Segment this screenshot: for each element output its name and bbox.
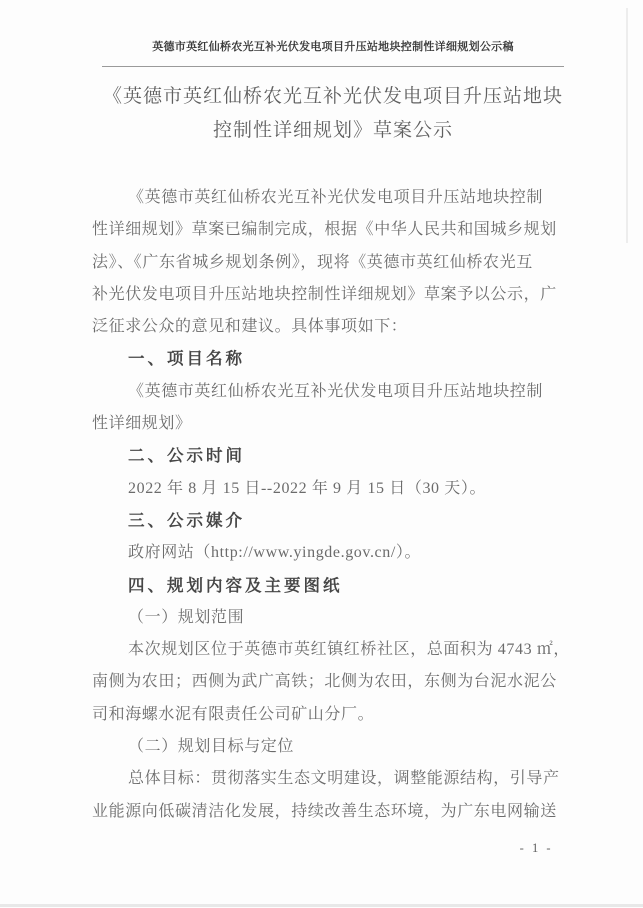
- body-line: 南侧为农田；西侧为武广高铁；北侧为农田，东侧为台泥水泥公: [92, 666, 578, 698]
- page-number: - 1 -: [520, 840, 553, 856]
- document-page: 英德市英红仙桥农光互补光伏发电项目升压站地块控制性详细规划公示稿 《英德市英红仙…: [0, 0, 643, 908]
- running-header-title: 英德市英红仙桥农光互补光伏发电项目升压站地块控制性详细规划公示稿: [92, 40, 574, 54]
- body-line: 《英德市英红仙桥农光互补光伏发电项目升压站地块控制: [92, 376, 578, 408]
- document-body: 《英德市英红仙桥农光互补光伏发电项目升压站地块控制性详细规划》草案已编制完成，根…: [92, 182, 578, 828]
- body-line: 政府网站（http://www.yingde.gov.cn/）。: [92, 537, 578, 569]
- document-title-line1: 《英德市英红仙桥农光互补光伏发电项目升压站地块: [92, 80, 574, 114]
- body-line: （一）规划范围: [92, 602, 578, 634]
- body-line: 业能源向低碳清洁化发展，持续改善生态环境，为广东电网输送: [92, 796, 578, 828]
- body-line: 本次规划区位于英德市英红镇红桥社区，总面积为 4743 ㎡，: [92, 634, 578, 666]
- body-line: 司和海螺水泥有限责任公司矿山分厂。: [92, 699, 578, 731]
- body-line: 性详细规划》草案已编制完成，根据《中华人民共和国城乡规划: [92, 214, 578, 246]
- scan-edge-bottom-artifact: [0, 904, 643, 907]
- body-line: 2022 年 8 月 15 日--2022 年 9 月 15 日（30 天）。: [92, 473, 578, 505]
- scan-edge-right-artifact: [626, 8, 628, 243]
- body-line: 四、规划内容及主要图纸: [92, 570, 578, 602]
- document-title-line2: 控制性详细规划》草案公示: [92, 114, 574, 148]
- body-line: 二、公示时间: [92, 440, 578, 472]
- body-line: 一、项目名称: [92, 343, 578, 375]
- body-line: 法》、《广东省城乡规划条例》，现将《英德市英红仙桥农光互: [92, 247, 578, 279]
- running-header: 英德市英红仙桥农光互补光伏发电项目升压站地块控制性详细规划公示稿: [92, 40, 574, 67]
- body-line: 泛征求公众的意见和建议。具体事项如下：: [92, 311, 578, 343]
- body-line: 总体目标：贯彻落实生态文明建设，调整能源结构，引导产: [92, 763, 578, 795]
- header-rule: [102, 66, 564, 67]
- body-line: （二）规划目标与定位: [92, 731, 578, 763]
- body-line: 三、公示媒介: [92, 505, 578, 537]
- document-title: 《英德市英红仙桥农光互补光伏发电项目升压站地块 控制性详细规划》草案公示: [92, 80, 574, 148]
- body-line: 性详细规划》: [92, 408, 578, 440]
- body-line: 补光伏发电项目升压站地块控制性详细规划》草案予以公示，广: [92, 279, 578, 311]
- body-line: 《英德市英红仙桥农光互补光伏发电项目升压站地块控制: [92, 182, 578, 214]
